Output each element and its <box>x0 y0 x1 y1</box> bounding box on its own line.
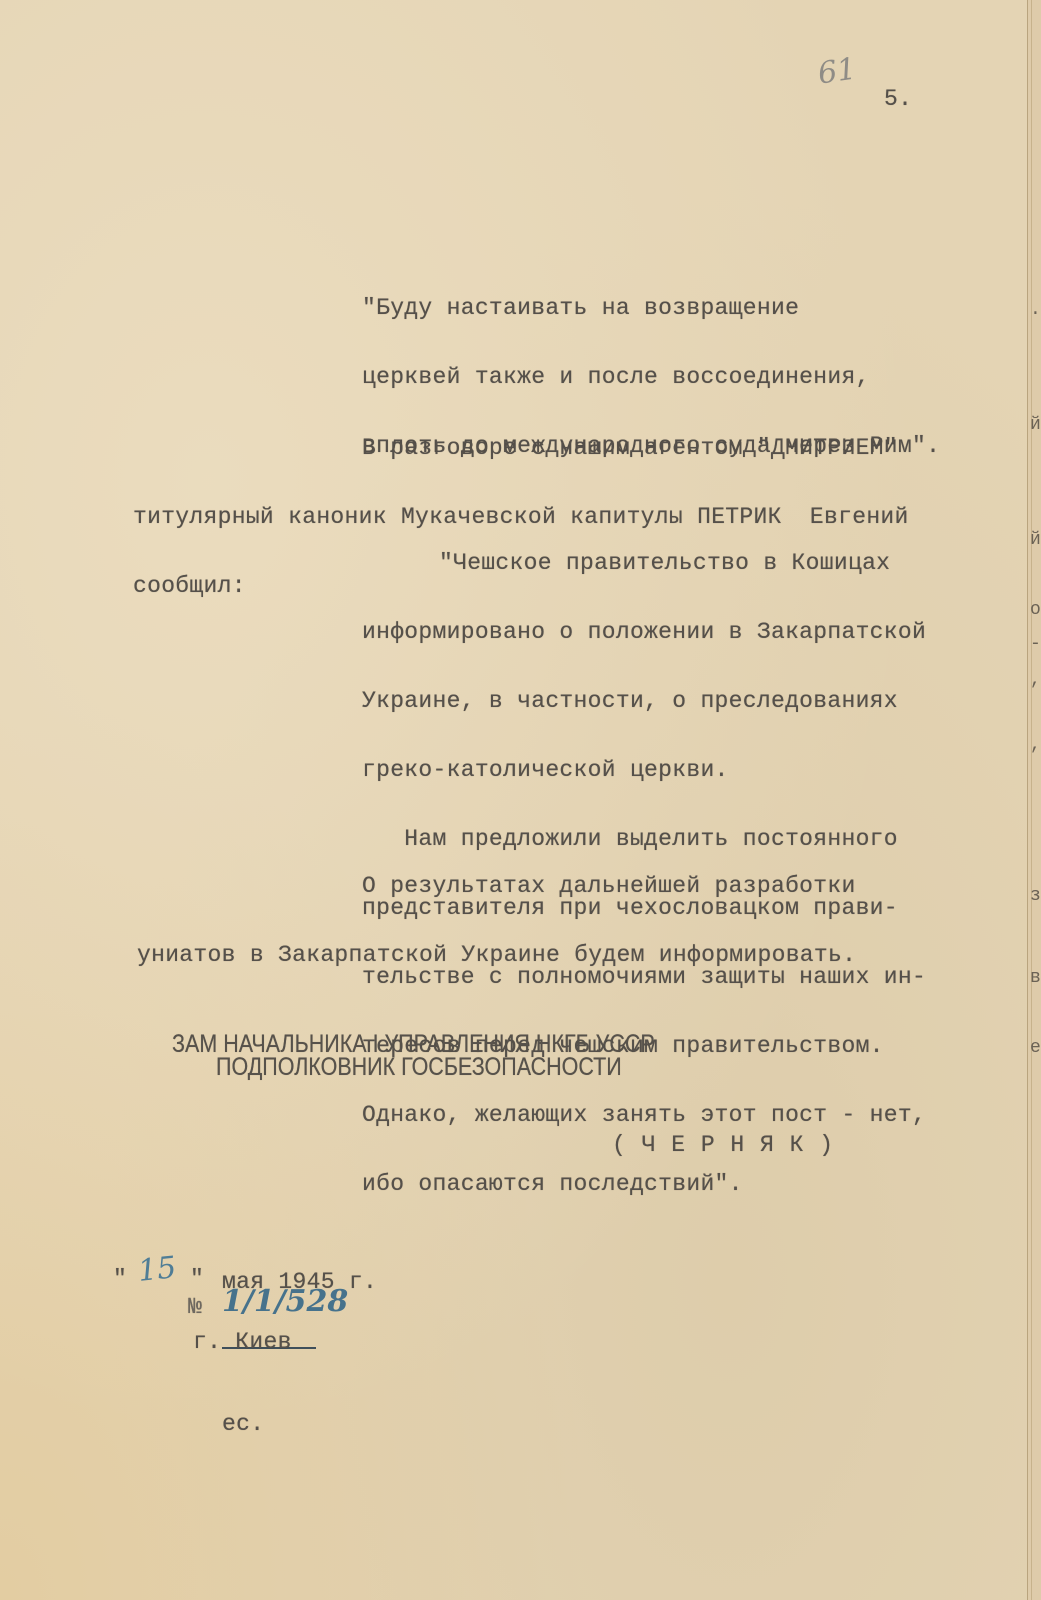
quote-2-line: ибо опасаются последствий". <box>362 1173 926 1196</box>
document-page: 61 5. "Буду настаивать на возвращение це… <box>0 0 1041 1600</box>
signature-title-line-2: ПОДПОЛКОВНИК ГОСБЕЗОПАСНОСТИ <box>216 1055 622 1080</box>
city: г. Киев <box>193 1331 292 1354</box>
edge-fragment: . <box>1030 300 1041 320</box>
date-day-handwritten: 15 <box>136 1250 178 1289</box>
edge-fragment: з <box>1030 886 1041 906</box>
edge-fragment: в <box>1030 968 1041 988</box>
edge-fragment: - <box>1030 634 1041 654</box>
edge-fragment: й <box>1030 415 1041 435</box>
date-open-quote: " <box>113 1268 127 1291</box>
quote-2-line: Однако, желающих занять этот пост - нет, <box>362 1104 926 1127</box>
typist-initials: ес. <box>222 1413 264 1436</box>
paragraph-2-line: униатов в Закарпатской Украине будем инф… <box>137 944 856 967</box>
edge-fragment: о <box>1030 600 1041 620</box>
edge-fragment: е <box>1030 1038 1041 1058</box>
archive-folio-number: 61 <box>816 52 859 92</box>
reference-number-handwritten: 1/1/528 <box>222 1284 348 1319</box>
edge-fragment: й <box>1030 530 1041 550</box>
signatory-name: ( Ч Е Р Н Я К ) <box>612 1134 834 1157</box>
quote-1-line: "Буду настаивать на возвращение <box>362 297 940 320</box>
date-close-quote: " <box>190 1268 204 1291</box>
number-label: № <box>188 1296 202 1319</box>
paragraph-2-line: О результатах дальнейшей разработки <box>137 875 856 898</box>
quote-2-line: греко-католической церкви. <box>362 759 926 782</box>
edge-fragment: , <box>1030 735 1041 755</box>
paragraph-further-info: О результатах дальнейшей разработки униа… <box>137 829 856 1013</box>
paragraph-1-line: В разговоре с нашим агентом "ДМИТРИЕМ" <box>133 437 909 460</box>
quote-2-line: Украине, в частности, о преследованиях <box>362 690 926 713</box>
quote-1-line: церквей также и после воссоединения, <box>362 366 940 389</box>
edge-fragment: , <box>1030 670 1041 690</box>
page-number: 5. <box>884 88 912 111</box>
quote-2-line: информировано о положении в Закарпатской <box>362 621 926 644</box>
quote-2-line: "Чешское правительство в Кошицах <box>362 552 926 575</box>
adjacent-page-edge <box>1027 0 1041 1600</box>
